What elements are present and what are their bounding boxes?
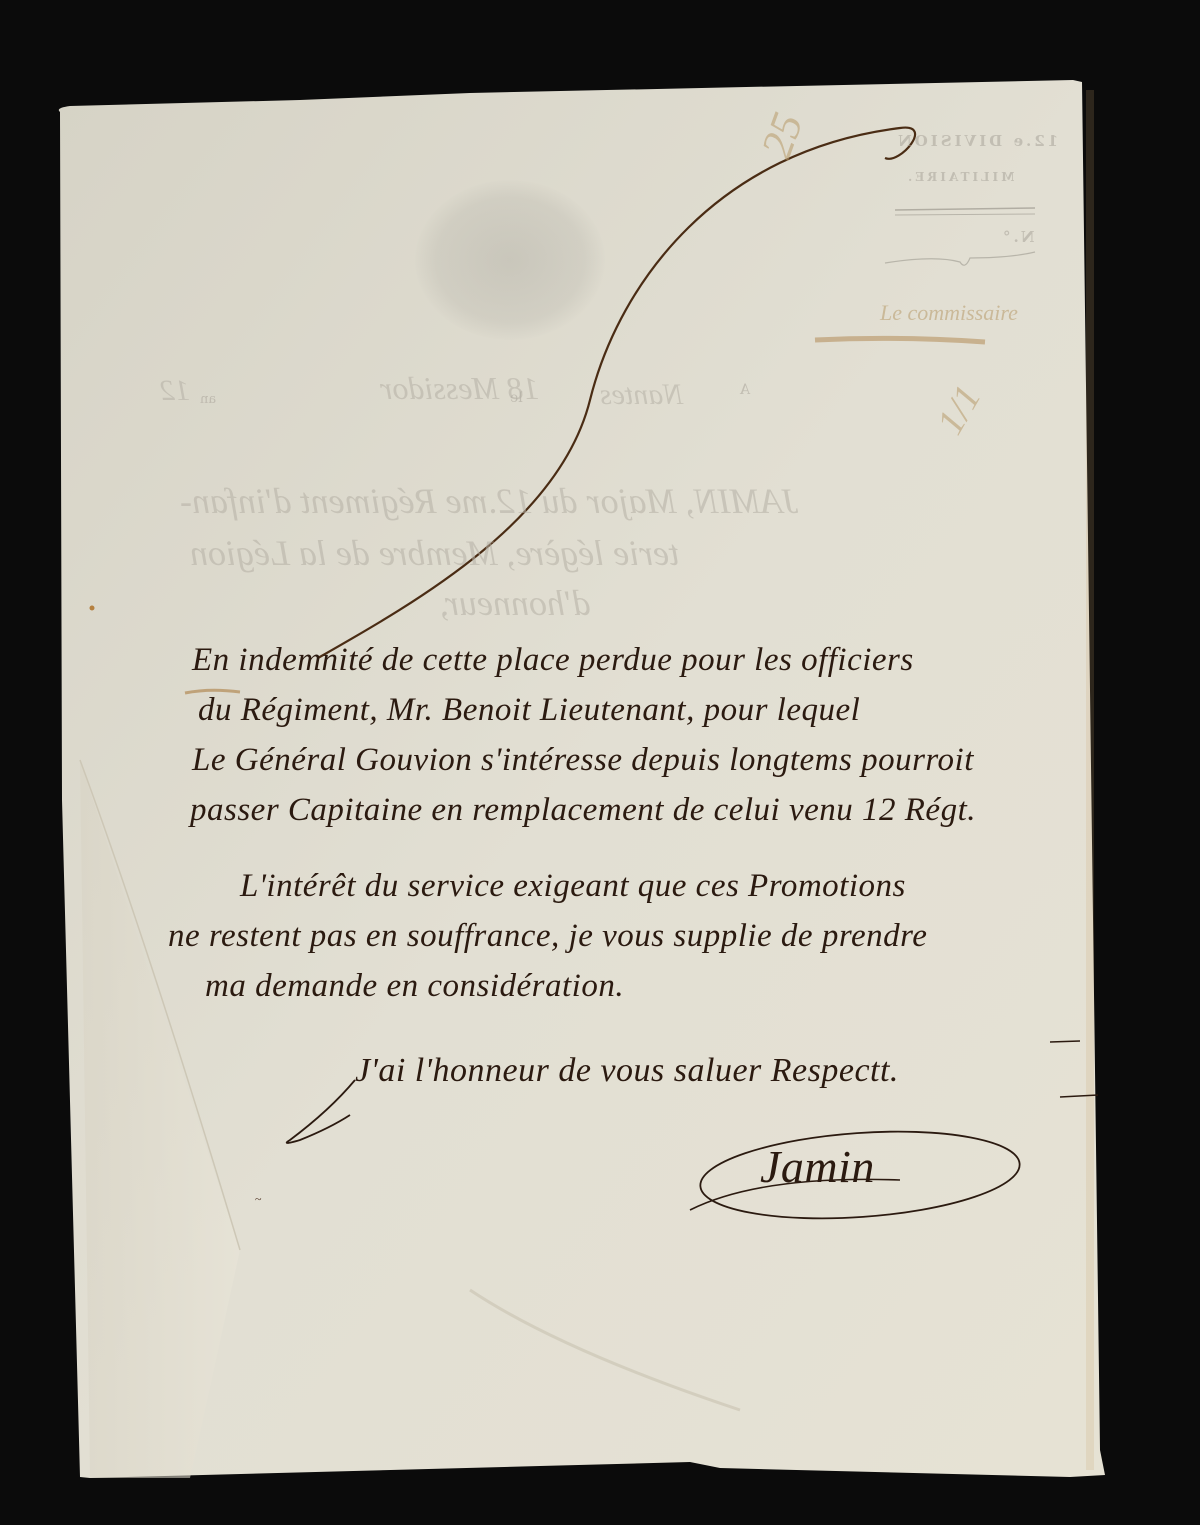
place-city: Nantes <box>600 378 683 412</box>
sender-line-1: JAMIN, Major du 12.me Régiment d'infan- <box>180 480 799 522</box>
seal-bleed-through <box>415 180 605 340</box>
letterhead-militaire: MILITAIRE. <box>905 170 1014 184</box>
signature: Jamin <box>760 1140 875 1193</box>
letter-photo: 12.e DIVISION MILITAIRE. N.° A Nantes le… <box>0 0 1200 1525</box>
body-line-2: du Régiment, Mr. Benoit Lieutenant, pour… <box>198 692 860 729</box>
place-prefix: A <box>740 382 750 398</box>
sender-line-2: terie légère, Membre de la Légion <box>190 532 679 574</box>
body-line-7: ma demande en considération. <box>205 968 624 1005</box>
date-an: an <box>200 392 216 407</box>
body-line-5: L'intérêt du service exigeant que ces Pr… <box>240 868 906 905</box>
letterhead-division: 12.e DIVISION <box>895 132 1058 150</box>
body-line-3: Le Général Gouvion s'intéresse depuis lo… <box>192 742 974 779</box>
letterhead-number-label: N.° <box>1000 228 1034 246</box>
date-day-month: 18 Messidor <box>380 370 539 407</box>
body-line-1: En indemnité de cette place perdue pour … <box>192 642 914 679</box>
body-line-6: ne restent pas en souffrance, je vous su… <box>168 918 927 955</box>
sender-line-3: d'honneur, <box>440 582 591 624</box>
date-year: 12 <box>160 374 190 408</box>
closing-salutation: J'ai l'honneur de vous saluer Respectt. <box>355 1052 899 1090</box>
margin-note-commissaire: Le commissaire <box>880 300 1018 326</box>
body-line-4: passer Capitaine en remplacement de celu… <box>190 792 976 829</box>
footer-mark: ~ <box>255 1192 262 1207</box>
